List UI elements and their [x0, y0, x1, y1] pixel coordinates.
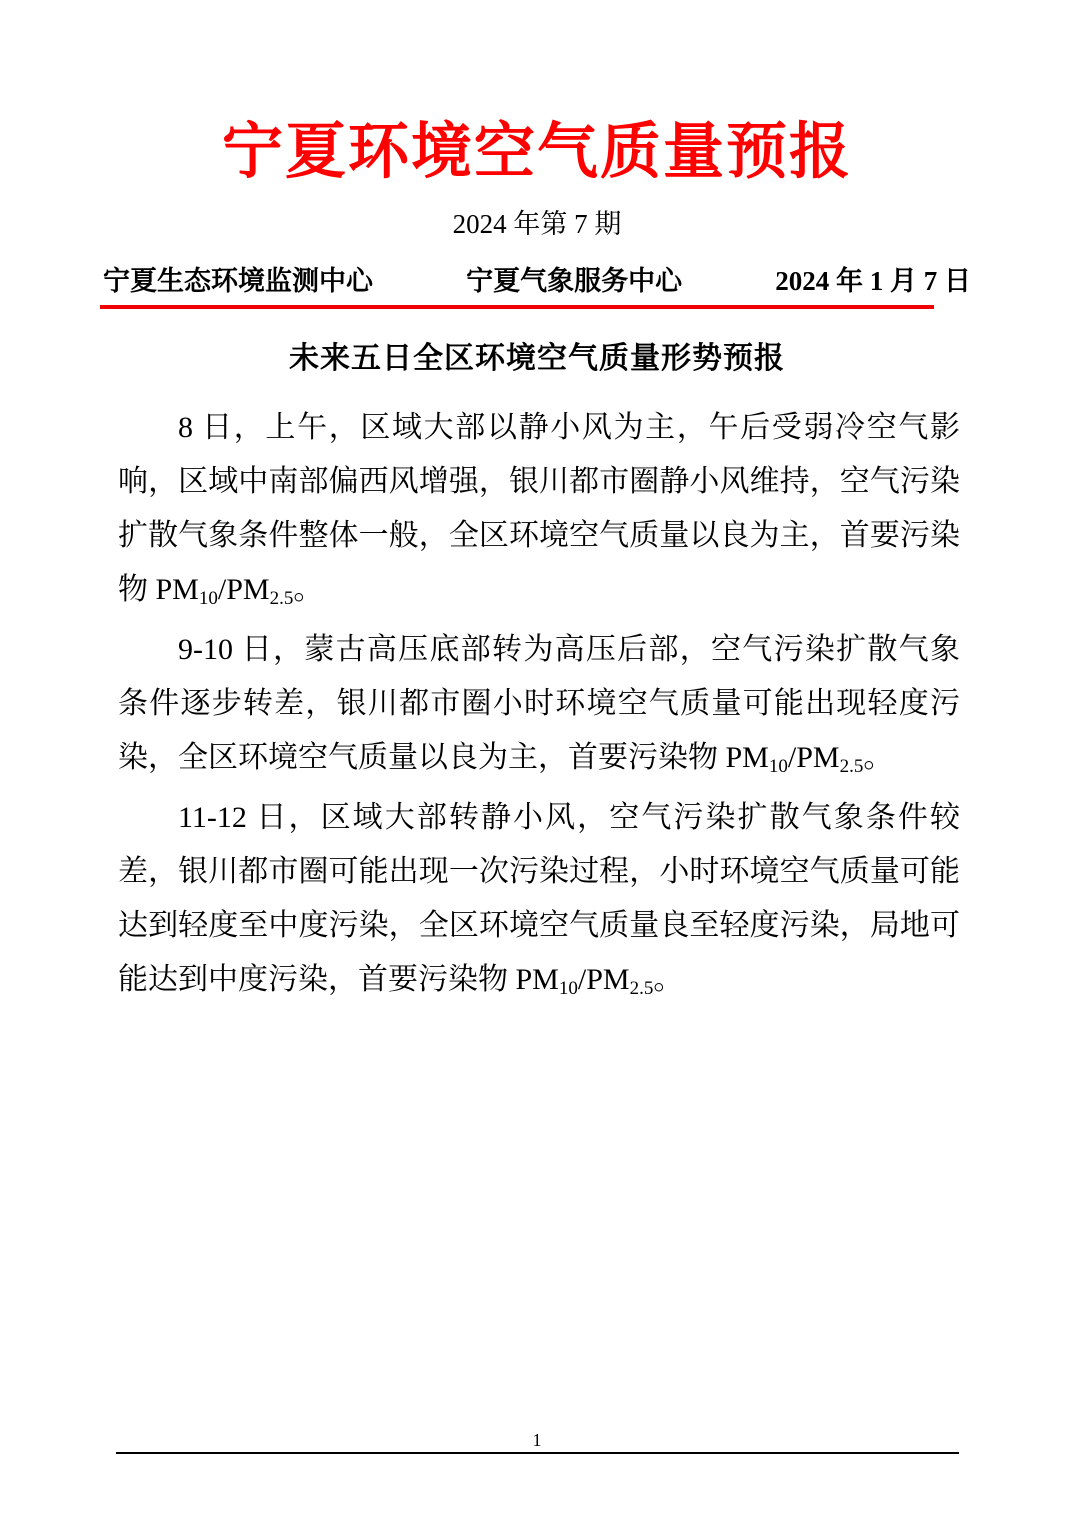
pm-subscript: 10 [559, 978, 578, 999]
document-title: 宁夏环境空气质量预报 [0, 118, 1074, 188]
forecast-paragraphs: 8 日，上午，区域大部以静小风为主，午后受弱冷空气影响，区域中南部偏西风增强，银… [118, 401, 960, 1007]
section-title: 未来五日全区环境空气质量形势预报 [0, 341, 1074, 377]
pm-subscript: 2.5 [630, 978, 654, 999]
document-header: 宁夏环境空气质量预报 2024 年第 7 期 宁夏生态环境监测中心 宁夏气象服务… [0, 118, 1074, 309]
pm-subscript: 2.5 [270, 588, 294, 609]
pm-subscript: 2.5 [840, 756, 864, 777]
pm-subscript: 10 [769, 756, 788, 777]
document-page: 宁夏环境空气质量预报 2024 年第 7 期 宁夏生态环境监测中心 宁夏气象服务… [0, 0, 1074, 1520]
page-number: 1 [0, 1429, 1074, 1451]
forecast-paragraph: 11-12 日，区域大部转静小风，空气污染扩散气象条件较差，银川都市圈可能出现一… [118, 791, 960, 1007]
forecast-paragraph: 8 日，上午，区域大部以静小风为主，午后受弱冷空气影响，区域中南部偏西风增强，银… [118, 401, 960, 617]
pm-subscript: 10 [199, 588, 218, 609]
issue-date: 2024 年 1 月 7 日 [775, 265, 971, 297]
forecast-paragraph: 9-10 日，蒙古高压底部转为高压后部，空气污染扩散气象条件逐步转差，银川都市圈… [118, 623, 960, 785]
issuer-monitoring-center: 宁夏生态环境监测中心 [103, 265, 373, 297]
masthead-row: 宁夏生态环境监测中心 宁夏气象服务中心 2024 年 1 月 7 日 [103, 265, 934, 297]
document-body: 未来五日全区环境空气质量形势预报 8 日，上午，区域大部以静小风为主，午后受弱冷… [0, 341, 1074, 1007]
issue-number: 2024 年第 7 期 [0, 208, 1074, 240]
issuer-meteorological-center: 宁夏气象服务中心 [466, 265, 682, 297]
footer-divider-rule [116, 1452, 959, 1454]
header-divider-rule [100, 305, 934, 309]
